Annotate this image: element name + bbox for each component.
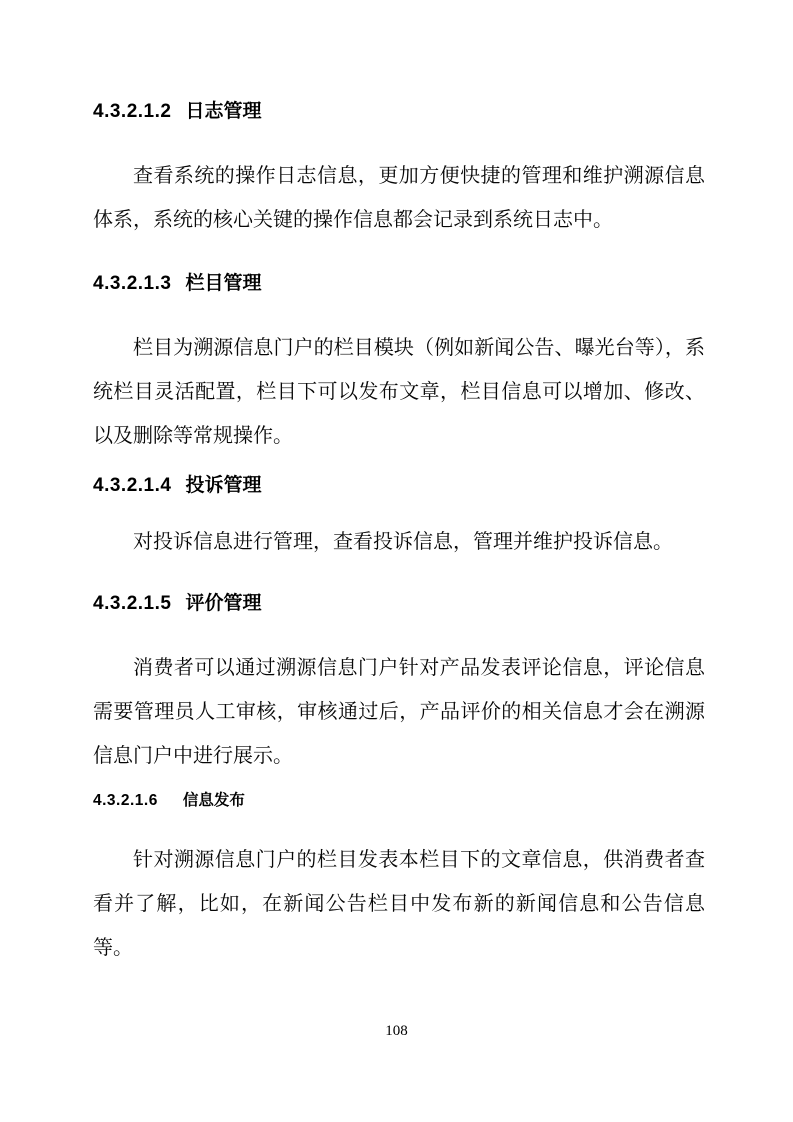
section-paragraph: 对投诉信息进行管理，查看投诉信息，管理并维护投诉信息。 [93, 520, 705, 564]
section-heading: 4.3.2.1.5评价管理 [93, 592, 705, 616]
section-heading: 4.3.2.1.3栏目管理 [93, 272, 705, 296]
heading-number: 4.3.2.1.3 [93, 273, 171, 294]
heading-title: 投诉管理 [185, 475, 261, 496]
heading-title: 栏目管理 [185, 273, 261, 294]
section-heading: 4.3.2.1.4投诉管理 [93, 474, 705, 498]
section-paragraph: 查看系统的操作日志信息，更加方便快捷的管理和维护溯源信息体系，系统的核心关键的操… [93, 154, 705, 242]
heading-number: 4.3.2.1.4 [93, 475, 171, 496]
section-heading: 4.3.2.1.6信息发布 [93, 791, 705, 811]
section-review-management: 4.3.2.1.5评价管理 消费者可以通过溯源信息门户针对产品发表评论信息，评论… [93, 592, 705, 778]
section-paragraph: 栏目为溯源信息门户的栏目模块（例如新闻公告、曝光台等），系统栏目灵活配置，栏目下… [93, 326, 705, 458]
heading-title: 日志管理 [185, 101, 261, 122]
document-page: 4.3.2.1.2日志管理 查看系统的操作日志信息，更加方便快捷的管理和维护溯源… [0, 0, 793, 1122]
section-info-publish: 4.3.2.1.6信息发布 针对溯源信息门户的栏目发表本栏目下的文章信息，供消费… [93, 791, 705, 970]
heading-number: 4.3.2.1.6 [93, 792, 158, 809]
section-paragraph: 针对溯源信息门户的栏目发表本栏目下的文章信息，供消费者查看并了解，比如，在新闻公… [93, 838, 705, 970]
section-heading: 4.3.2.1.2日志管理 [93, 100, 705, 124]
page-number: 108 [0, 1022, 793, 1040]
heading-number: 4.3.2.1.5 [93, 593, 171, 614]
section-complaint-management: 4.3.2.1.4投诉管理 对投诉信息进行管理，查看投诉信息，管理并维护投诉信息… [93, 474, 705, 564]
section-column-management: 4.3.2.1.3栏目管理 栏目为溯源信息门户的栏目模块（例如新闻公告、曝光台等… [93, 272, 705, 458]
section-paragraph: 消费者可以通过溯源信息门户针对产品发表评论信息，评论信息需要管理员人工审核，审核… [93, 646, 705, 778]
heading-title: 评价管理 [185, 593, 261, 614]
section-log-management: 4.3.2.1.2日志管理 查看系统的操作日志信息，更加方便快捷的管理和维护溯源… [93, 100, 705, 242]
heading-title: 信息发布 [183, 792, 245, 809]
heading-number: 4.3.2.1.2 [93, 101, 171, 122]
